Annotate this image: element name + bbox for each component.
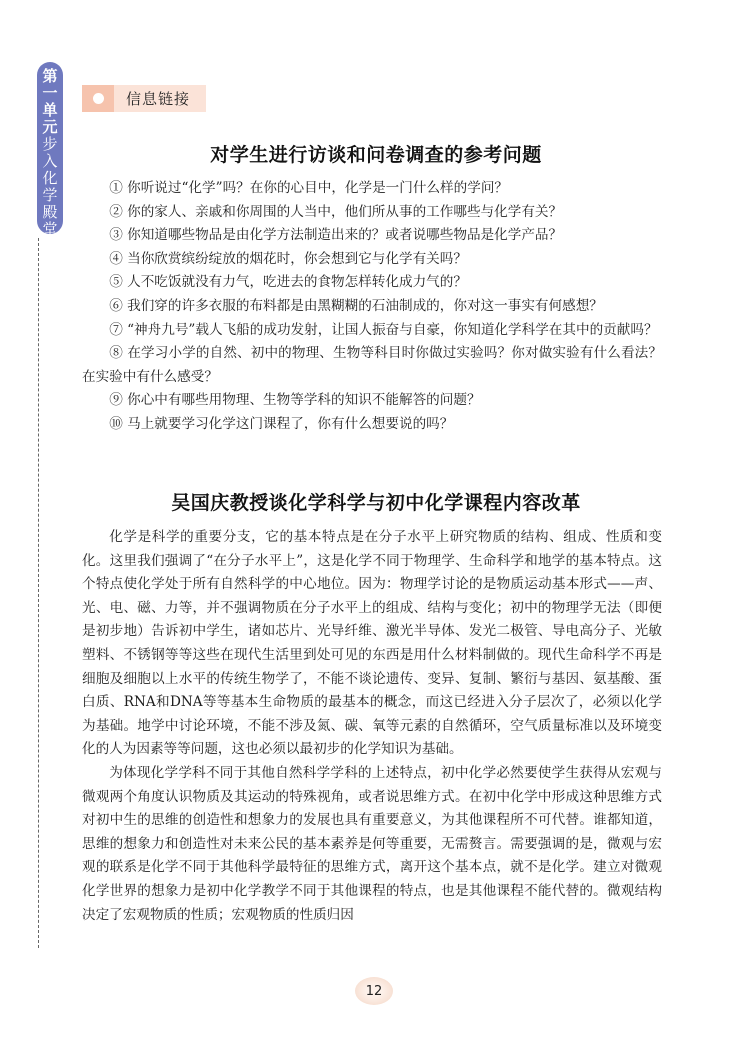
question-item: ① 你听说过“化学”吗？在你的心目中，化学是一门什么样的学问？ bbox=[82, 177, 662, 201]
unit-char: 单 bbox=[42, 102, 57, 119]
badge-icon-box bbox=[82, 85, 114, 112]
paragraph: 为体现化学学科不同于其他自然科学学科的上述特点，初中化学必然要使学生获得从宏观与… bbox=[82, 762, 662, 927]
unit-char: 第 bbox=[42, 68, 57, 85]
question-list: ① 你听说过“化学”吗？在你的心目中，化学是一门什么样的学问？ ② 你的家人、亲… bbox=[82, 177, 662, 437]
page-number: 12 bbox=[355, 977, 393, 1005]
question-item: ⑧ 在学习小学的自然、初中的物理、生物等科目时你做过实验吗？你对做实验有什么看法… bbox=[82, 342, 662, 389]
section-title-interview: 对学生进行访谈和问卷调查的参考问题 bbox=[0, 140, 752, 167]
chapter-char: 化 bbox=[42, 170, 57, 187]
info-link-badge: 信息链接 bbox=[82, 85, 206, 112]
chapter-char: 学 bbox=[42, 187, 57, 204]
question-item: ② 你的家人、亲戚和你周围的人当中，他们所从事的工作哪些与化学有关？ bbox=[82, 201, 662, 225]
margin-dashed-line bbox=[38, 238, 39, 948]
article-body: 化学是科学的重要分支，它的基本特点是在分子水平上研究物质的结构、组成、性质和变化… bbox=[82, 526, 662, 927]
section-title-professor-wu: 吴国庆教授谈化学科学与初中化学课程内容改革 bbox=[0, 488, 752, 515]
badge-label: 信息链接 bbox=[126, 88, 190, 109]
question-item: ③ 你知道哪些物品是由化学方法制造出来的？或者说哪些物品是化学产品？ bbox=[82, 224, 662, 248]
chapter-char: 堂 bbox=[42, 221, 57, 238]
unit-char: 一 bbox=[42, 85, 57, 102]
question-item: ⑦ “神舟九号”载人飞船的成功发射，让国人振奋与自豪，你知道化学科学在其中的贡献… bbox=[82, 319, 662, 343]
circle-dot-icon bbox=[93, 93, 104, 104]
paragraph: 化学是科学的重要分支，它的基本特点是在分子水平上研究物质的结构、组成、性质和变化… bbox=[82, 526, 662, 762]
chapter-char: 殿 bbox=[42, 204, 57, 221]
question-item: ⑤ 人不吃饭就没有力气，吃进去的食物怎样转化成力气的？ bbox=[82, 271, 662, 295]
question-item: ④ 当你欣赏缤纷绽放的烟花时，你会想到它与化学有关吗？ bbox=[82, 248, 662, 272]
unit-char: 元 bbox=[42, 119, 57, 136]
question-item: ⑥ 我们穿的许多衣服的布料都是由黑糊糊的石油制成的，你对这一事实有何感想？ bbox=[82, 295, 662, 319]
question-item: ⑩ 马上就要学习化学这门课程了，你有什么想要说的吗？ bbox=[82, 413, 662, 437]
question-item: ⑨ 你心中有哪些用物理、生物等学科的知识不能解答的问题？ bbox=[82, 389, 662, 413]
